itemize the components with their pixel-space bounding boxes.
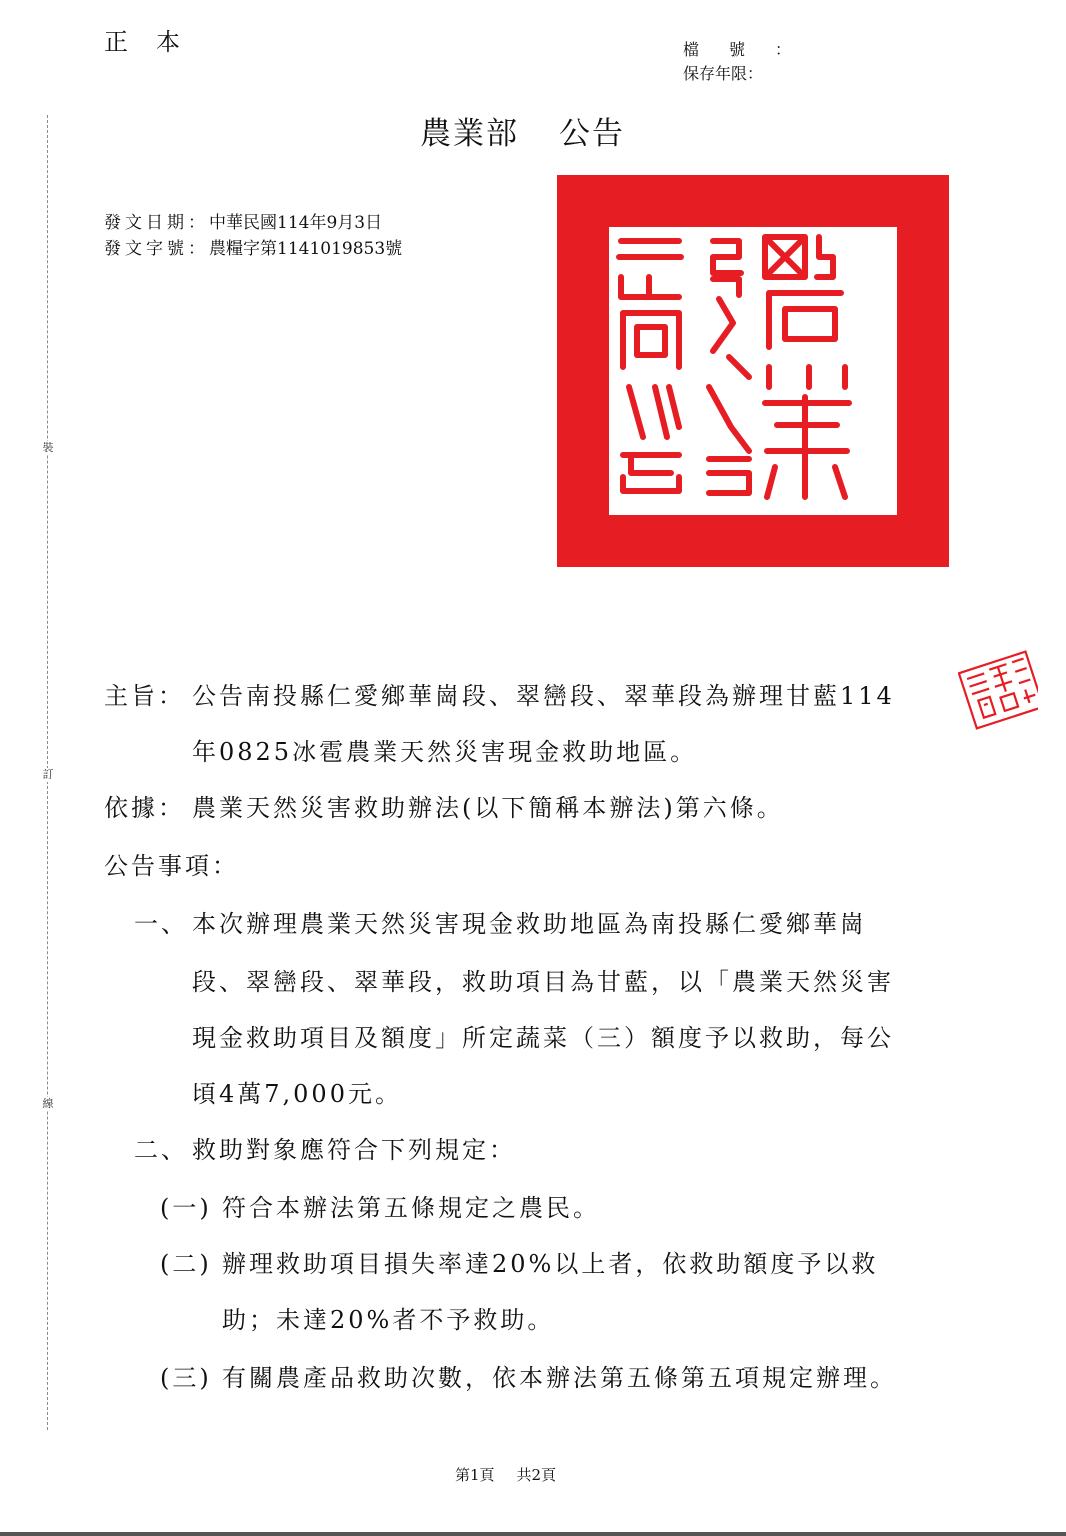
page-total: 共2頁 xyxy=(517,1466,557,1484)
sub-item-2-line-1: 辦理救助項目損失率達20%以上者，依救助額度予以救 xyxy=(222,1244,878,1279)
binding-mark-zhuang: 裝 xyxy=(41,441,55,455)
sub-item-3-text: 有關農產品救助次數，依本辦法第五條第五項規定辦理。 xyxy=(222,1358,897,1393)
sub-item-1-text: 符合本辦法第五條規定之農民。 xyxy=(222,1188,600,1223)
official-seal xyxy=(557,175,949,567)
item-2-text: 救助對象應符合下列規定： xyxy=(192,1130,516,1165)
issue-number-label: 發文字號： xyxy=(104,236,209,262)
sub-item-2-label: (二) xyxy=(160,1244,212,1279)
item-1-line-2: 段、翠巒段、翠華段，救助項目為甘藍，以「農業天然災害 xyxy=(192,962,894,997)
minister-seal xyxy=(958,650,1038,730)
items-label: 公告事項： xyxy=(104,846,239,881)
item-1-label: 一、 xyxy=(134,904,188,939)
file-number-label: 檔號： xyxy=(683,38,821,62)
subject-line-1: 公告南投縣仁愛鄉華崗段、翠巒段、翠華段為辦理甘藍114 xyxy=(192,676,895,711)
item-1-line-1: 本次辦理農業天然災害現金救助地區為南投縣仁愛鄉華崗 xyxy=(192,904,867,939)
retention-label: 保存年限： xyxy=(683,62,763,86)
sub-item-2-line-2: 助；未達20%者不予救助。 xyxy=(222,1300,554,1335)
page-current: 第1頁 xyxy=(455,1466,495,1484)
file-meta: 檔號： 保存年限： xyxy=(683,38,821,86)
issue-number-value: 農糧字第1141019853號 xyxy=(209,236,402,262)
copy-label: 正本 xyxy=(104,22,208,57)
binding-mark-ding: 訂 xyxy=(41,768,55,782)
binding-mark-xian: 線 xyxy=(41,1097,55,1111)
seal-glyphs-icon xyxy=(609,227,897,515)
agency-name: 農業部 xyxy=(420,116,519,152)
issue-date-label: 發文日期： xyxy=(104,210,209,236)
document-title: 農業部公告 xyxy=(420,108,625,153)
item-1-line-3: 現金救助項目及額度」所定蔬菜（三）額度予以救助，每公 xyxy=(192,1018,894,1053)
item-2-label: 二、 xyxy=(134,1130,188,1165)
issue-info: 發文日期： 中華民國114年9月3日 發文字號： 農糧字第1141019853號 xyxy=(104,210,402,262)
subject-line-2: 年0825冰雹農業天然災害現金救助地區。 xyxy=(192,732,697,767)
issue-date-value: 中華民國114年9月3日 xyxy=(209,210,382,236)
doc-type: 公告 xyxy=(559,116,625,152)
item-1-line-4: 頃4萬7,000元。 xyxy=(192,1074,402,1109)
minister-seal-icon xyxy=(958,650,1038,730)
seal-field xyxy=(609,227,897,515)
page-indicator: 第1頁共2頁 xyxy=(455,1464,556,1485)
sub-item-3-label: (三) xyxy=(160,1358,212,1393)
page-bottom-edge xyxy=(0,1532,1066,1536)
basis-label: 依據： xyxy=(104,788,185,823)
sub-item-1-label: (一) xyxy=(160,1188,212,1223)
subject-label: 主旨： xyxy=(104,676,185,711)
basis-text: 農業天然災害救助辦法(以下簡稱本辦法)第六條。 xyxy=(192,788,784,823)
